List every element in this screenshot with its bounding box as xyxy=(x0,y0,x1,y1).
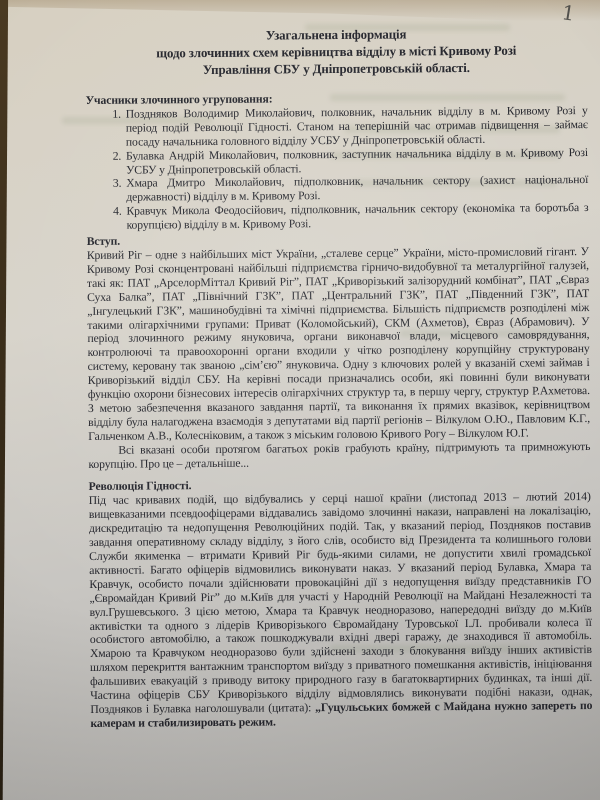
document-title: Узагальнена інформація щодо злочинних сх… xyxy=(85,25,587,80)
intro-paragraph: Кривий Ріг – одне з найбільших міст Укра… xyxy=(87,245,591,444)
participant-item: Булавка Андрій Миколайович, полковник, з… xyxy=(124,146,588,177)
participant-item: Хмара Дмитро Миколайович, підполковник, … xyxy=(124,173,588,204)
document-photo: 1 Узагальнена інформація щодо злочинних … xyxy=(0,0,600,800)
revolution-paragraph: Під час кривавих подій, що відбувались у… xyxy=(89,490,593,730)
participants-list: Поздняков Володимир Миколайович, полковн… xyxy=(86,104,589,233)
participant-item: Кравчук Микола Феодосійович, підполковни… xyxy=(124,201,588,232)
intro-closing-paragraph: Всі вказані особи протягом багатьох рокі… xyxy=(88,440,590,472)
revolution-paragraph-text: Під час кривавих подій, що відбувались у… xyxy=(89,490,593,716)
paper-page: 1 Узагальнена інформація щодо злочинних … xyxy=(0,0,600,800)
handwritten-page-number: 1 xyxy=(560,0,577,27)
participant-item: Поздняков Володимир Миколайович, полковн… xyxy=(124,104,588,149)
document-content: Узагальнена інформація щодо злочинних сх… xyxy=(85,25,592,731)
